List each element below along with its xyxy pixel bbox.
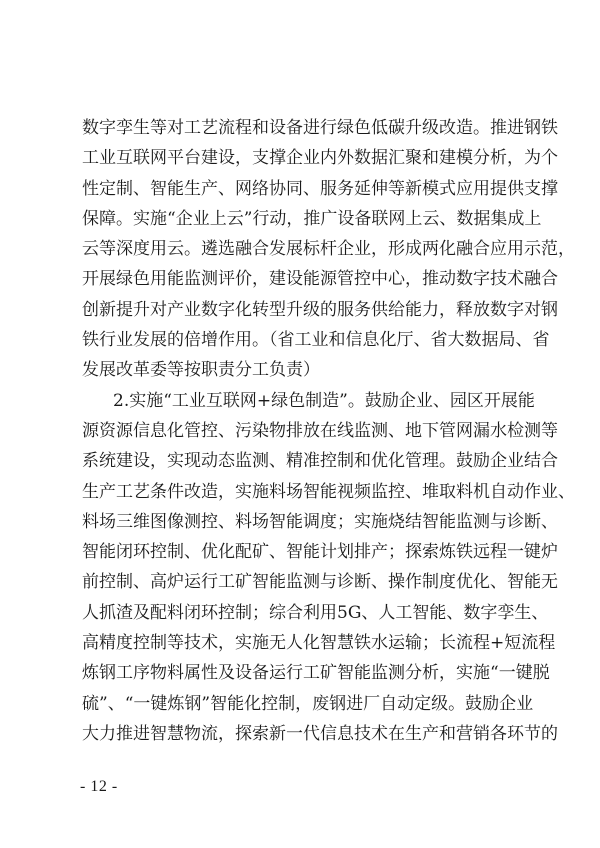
paragraph-2-line-8: 人抓渣及配料闭环控制；综合利用5G、人工智能、数字孪生、 <box>82 598 526 628</box>
paragraph-1-line-6: 开展绿色用能监测评价，建设能源管控中心，推动数字技术融合 <box>82 264 526 294</box>
page-number: - 12 - <box>80 778 118 796</box>
paragraph-2-line-12: 大力推进智慧物流，探索新一代信息技术在生产和营销各环节的 <box>82 719 526 749</box>
paragraph-1-line-1: 数字孪生等对工艺流程和设备进行绿色低碳升级改造。推进钢铁 <box>82 113 526 143</box>
paragraph-1-line-9: 发展改革委等按职责分工负责） <box>82 355 526 385</box>
paragraph-2-line-11: 硫”、“一键炼钢”智能化控制，废钢进厂自动定级。鼓励企业 <box>82 689 526 719</box>
paragraph-1-line-4: 保障。实施“企业上云”行动，推广设备联网上云、数据集成上 <box>82 204 526 234</box>
paragraph-2-line-6: 智能闭环控制、优化配矿、智能计划排产；探索炼铁远程一键炉 <box>82 537 526 567</box>
document-page: 数字孪生等对工艺流程和设备进行绿色低碳升级改造。推进钢铁 工业互联网平台建设，支… <box>0 0 600 848</box>
paragraph-1-line-7: 创新提升对产业数字化转型升级的服务供给能力，释放数字对钢 <box>82 295 526 325</box>
paragraph-1-line-2: 工业互联网平台建设，支撑企业内外数据汇聚和建模分析，为个 <box>82 143 526 173</box>
paragraph-2-line-9: 高精度控制等技术，实施无人化智慧铁水运输；长流程+短流程 <box>82 628 526 658</box>
paragraph-2-line-5: 料场三维图像测控、料场智能调度；实施烧结智能监测与诊断、 <box>82 507 526 537</box>
paragraph-1-line-5: 云等深度用云。遴选融合发展标杆企业，形成两化融合应用示范， <box>82 234 526 264</box>
paragraph-1-line-3: 性定制、智能生产、网络协同、服务延伸等新模式应用提供支撑 <box>82 174 526 204</box>
paragraph-2-line-10: 炼钢工序物料属性及设备运行工矿智能监测分析，实施“一键脱 <box>82 658 526 688</box>
paragraph-2-line-2: 源资源信息化管控、污染物排放在线监测、地下管网漏水检测等 <box>82 416 526 446</box>
paragraph-2-line-1: 2.实施“工业互联网+绿色制造”。鼓励企业、园区开展能 <box>82 386 526 416</box>
paragraph-2-line-4: 生产工艺条件改造，实施料场智能视频监控、堆取料机自动作业、 <box>82 477 526 507</box>
paragraph-2-line-7: 前控制、高炉运行工矿智能监测与诊断、操作制度优化、智能无 <box>82 567 526 597</box>
paragraph-2-line-3: 系统建设，实现动态监测、精准控制和优化管理。鼓励企业结合 <box>82 446 526 476</box>
body-text: 数字孪生等对工艺流程和设备进行绿色低碳升级改造。推进钢铁 工业互联网平台建设，支… <box>82 113 526 749</box>
paragraph-1-line-8: 铁行业发展的倍增作用。（省工业和信息化厅、省大数据局、省 <box>82 325 526 355</box>
